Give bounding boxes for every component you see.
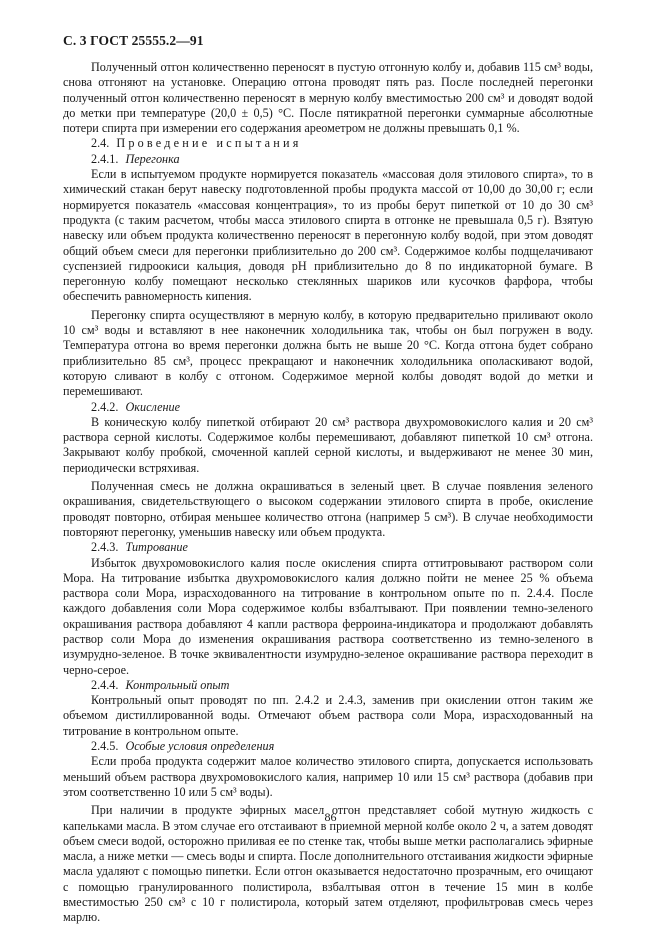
section-heading-2-4-2: 2.4.2. Окисление	[63, 400, 593, 415]
paragraph: Контрольный опыт проводят по пп. 2.4.2 и…	[63, 693, 593, 739]
section-heading-2-4-1: 2.4.1. Перегонка	[63, 152, 593, 167]
paragraph: В коническую колбу пипеткой отбирают 20 …	[63, 415, 593, 476]
section-heading-2-4: 2.4. Проведение испытания	[63, 136, 593, 151]
section-number: 2.4.2.	[91, 400, 118, 414]
paragraph: Полученный отгон количественно переносят…	[63, 60, 593, 136]
section-title: Перегонка	[125, 152, 179, 166]
section-title: Контрольный опыт	[125, 678, 229, 692]
paragraph: Если в испытуемом продукте нормируется п…	[63, 167, 593, 305]
section-heading-2-4-4: 2.4.4. Контрольный опыт	[63, 678, 593, 693]
section-number: 2.4.5.	[91, 739, 118, 753]
section-title: Титрование	[125, 540, 187, 554]
section-number: 2.4.4.	[91, 678, 118, 692]
section-title: Проведение испытания	[116, 136, 301, 150]
section-heading-2-4-3: 2.4.3. Титрование	[63, 540, 593, 555]
paragraph: Полученная смесь не должна окрашиваться …	[63, 479, 593, 540]
section-title: Особые условия определения	[125, 739, 274, 753]
section-number: 2.4.3.	[91, 540, 118, 554]
paragraph: Перегонку спирта осуществляют в мерную к…	[63, 308, 593, 400]
section-heading-2-4-5: 2.4.5. Особые условия определения	[63, 739, 593, 754]
section-title: Окисление	[125, 400, 180, 414]
paragraph: Избыток двухромовокислого калия после ок…	[63, 556, 593, 678]
section-number: 2.4.1.	[91, 152, 118, 166]
section-number: 2.4.	[91, 136, 109, 150]
page-header: С. 3 ГОСТ 25555.2—91	[63, 33, 593, 49]
document-page: С. 3 ГОСТ 25555.2—91 Полученный отгон ко…	[63, 33, 593, 926]
page-number: 86	[0, 810, 661, 825]
paragraph: Если проба продукта содержит малое колич…	[63, 754, 593, 800]
